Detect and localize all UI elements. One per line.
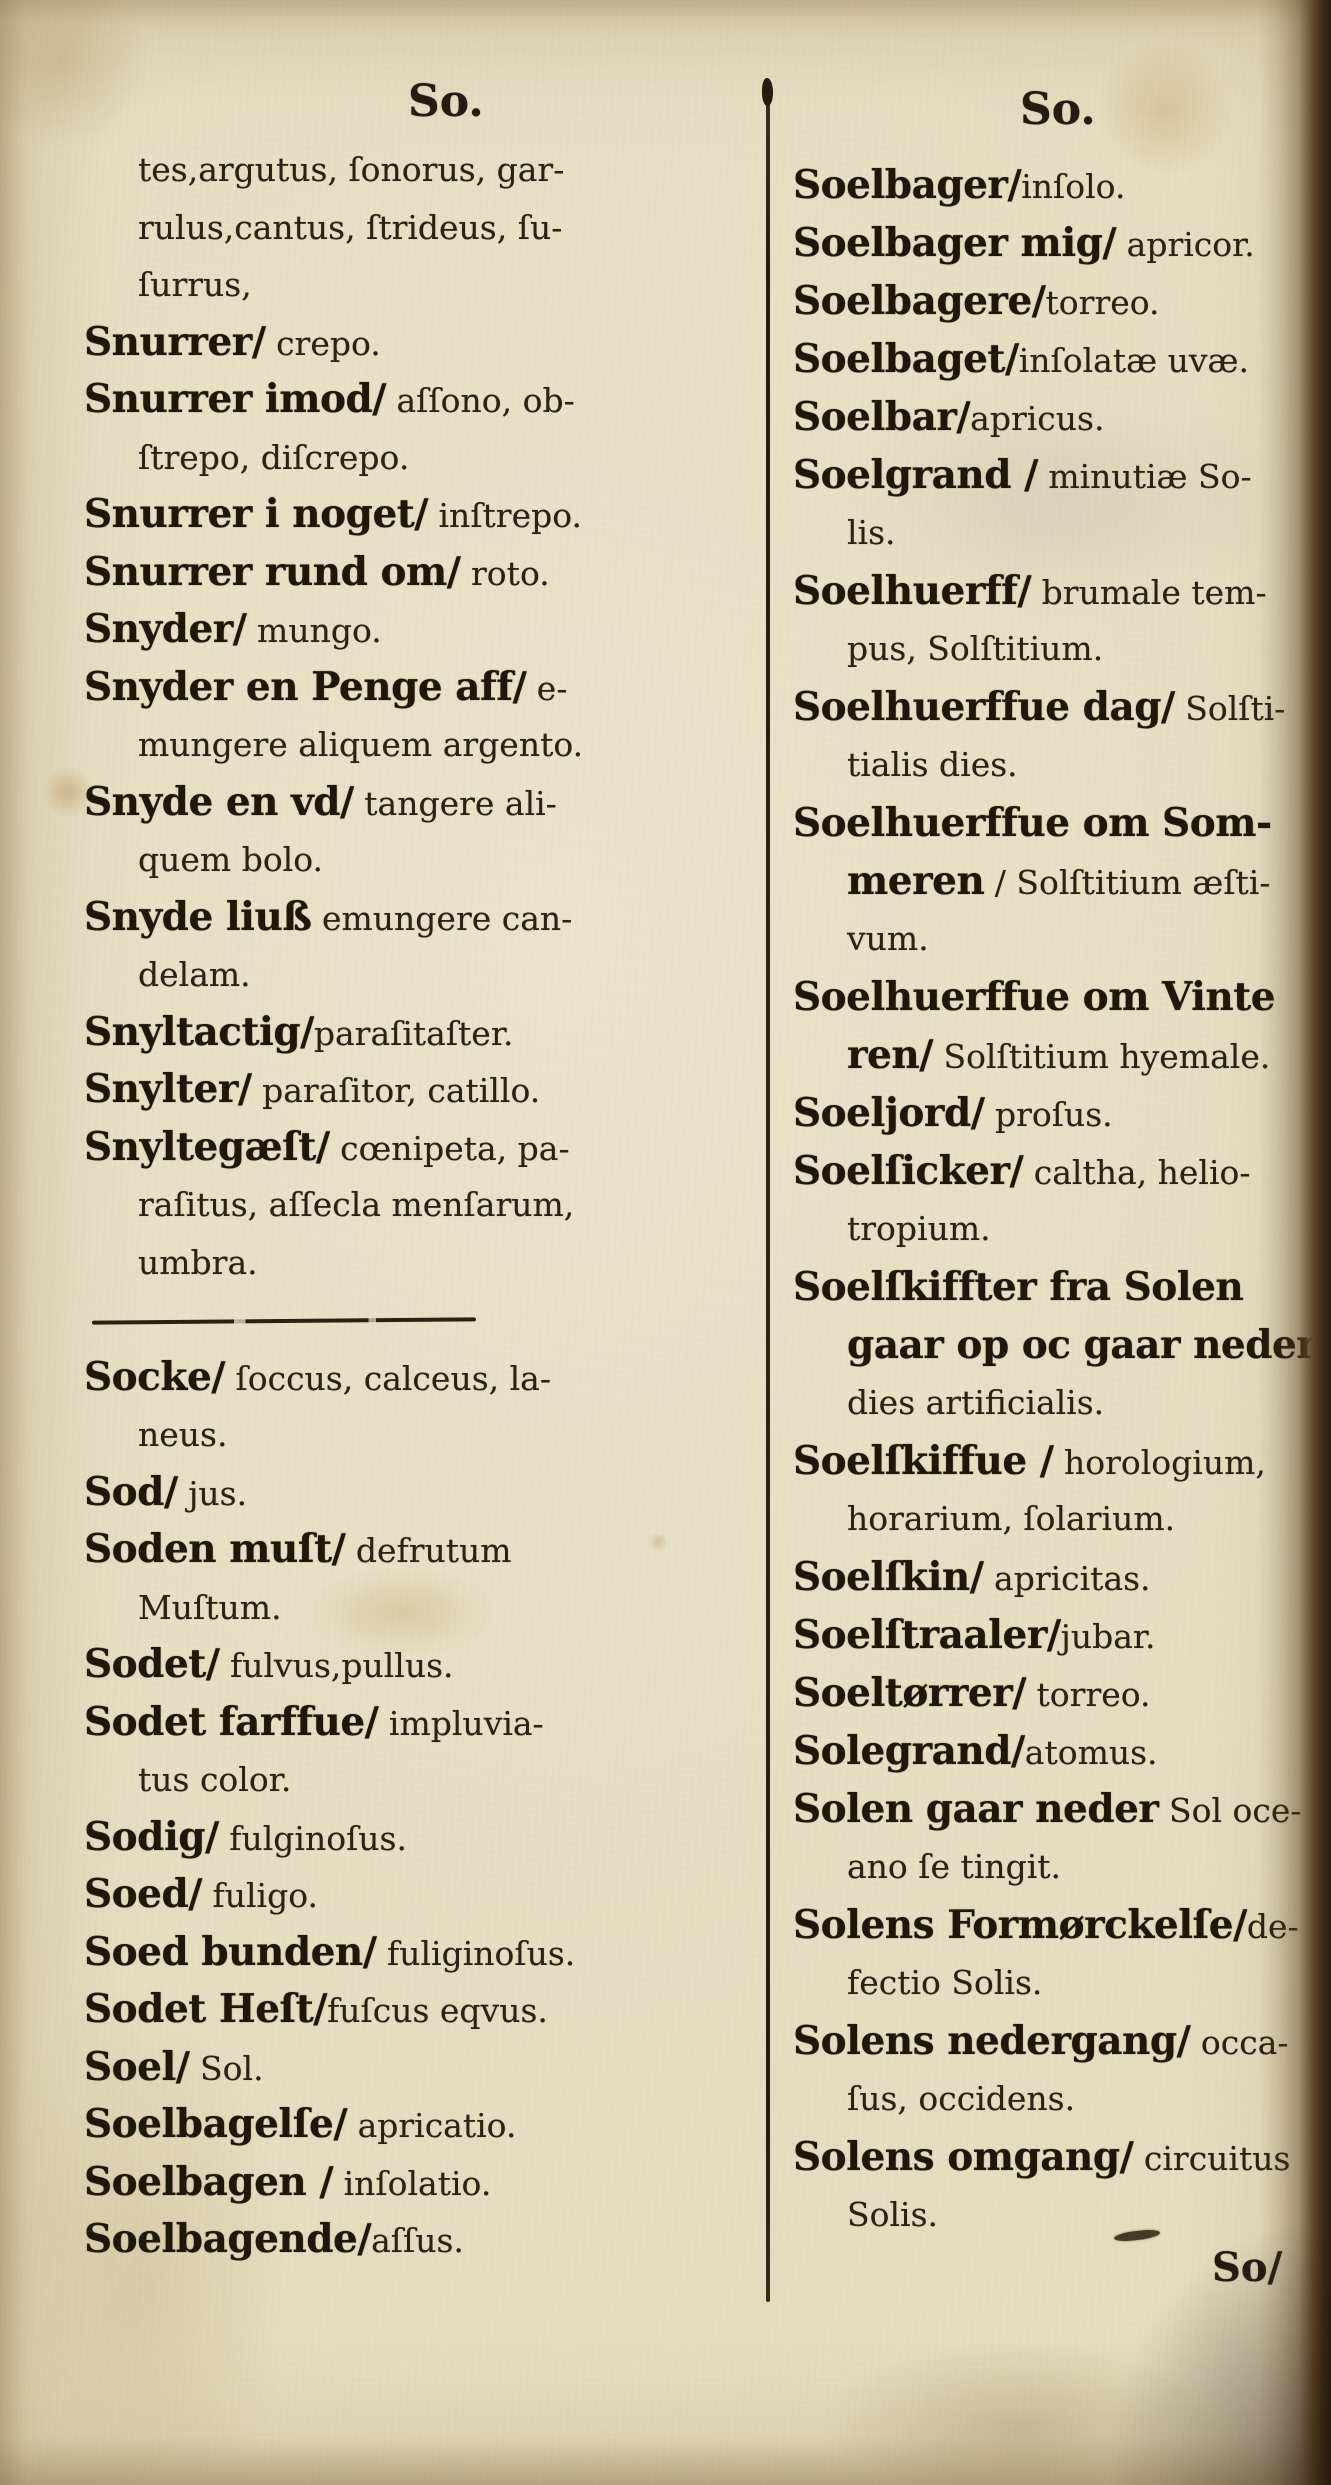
gloss-text: mungo.	[247, 611, 382, 650]
entry-line: Solegrand/atomus.	[793, 1722, 1308, 1780]
gloss-text: inſolatæ uvæ.	[1019, 341, 1249, 380]
headword-text: Snyder en Penge aff/	[84, 664, 526, 710]
dictionary-entry: Snurrer/ crepo.	[84, 314, 484, 372]
entry-line: Snyde liuß emungere can-	[84, 889, 484, 947]
gloss-text: proſus.	[985, 1095, 1113, 1134]
entry-line: Snyder/ mungo.	[84, 601, 484, 659]
catchword: So/	[1212, 2244, 1282, 2291]
gloss-text: Solis.	[847, 2195, 938, 2234]
entry-line: Snyde en vd/ tangere ali-	[84, 774, 484, 832]
headword-text: Soelbager/	[793, 162, 1021, 208]
gloss-text: ſurrus,	[138, 265, 252, 304]
entry-line: Soelſkiffue / horologium,	[793, 1432, 1308, 1490]
entry-line: horarium, ſolarium.	[793, 1490, 1308, 1548]
gloss-text: fulvus,pullus.	[220, 1646, 454, 1685]
entry-line: ſurrus,	[84, 256, 484, 314]
dictionary-entry: Soeltørrer/ torreo.	[793, 1664, 1308, 1722]
headword-text: Snyde en vd/	[84, 779, 354, 825]
headword-text: Snyder/	[84, 606, 247, 652]
dictionary-entry: Soelbagelſe/ apricatio.	[84, 2096, 484, 2154]
gloss-text: inſolo.	[1021, 167, 1125, 206]
headword-text: ren/	[847, 1032, 933, 1078]
dictionary-entry: Sodig/ fulginoſus.	[84, 1809, 484, 1867]
entry-line: tialis dies.	[793, 736, 1308, 794]
entry-line: Soden muſt/ defrutum	[84, 1521, 484, 1579]
headword-text: Solens Formørckelſe/	[793, 1902, 1247, 1948]
gloss-text: aſſono, ob-	[386, 381, 575, 420]
headword-text: Snurrer imod/	[84, 376, 386, 422]
headword-text: gaar op oc gaar neder/	[847, 1322, 1330, 1368]
dictionary-entry: Sodet/ fulvus,pullus.	[84, 1636, 484, 1694]
entry-line: gaar op oc gaar neder/	[793, 1316, 1308, 1374]
entry-line: Soel/ Sol.	[84, 2039, 484, 2097]
dictionary-entry: Sodet farffue/ impluvia-tus color.	[84, 1694, 484, 1809]
headword-text: Snylter/	[84, 1066, 252, 1112]
headword-text: Soelſkiffue /	[793, 1438, 1053, 1484]
entry-line: Solens Formørckelſe/de-	[793, 1896, 1308, 1954]
gloss-text: fulginoſus.	[219, 1819, 407, 1858]
gloss-text: ſus, occidens.	[847, 2079, 1075, 2118]
headword-text: Soelbagen /	[84, 2159, 333, 2205]
running-head-left: So.	[408, 76, 484, 127]
dictionary-entry: Solen gaar neder Sol oce-ano ſe tingit.	[793, 1780, 1308, 1896]
gloss-text: jubar.	[1061, 1617, 1156, 1656]
entry-line: Sodet/ fulvus,pullus.	[84, 1636, 484, 1694]
dictionary-entry: Snyde liuß emungere can-delam.	[84, 889, 484, 1004]
gloss-text: aſſus.	[371, 2221, 464, 2260]
dictionary-entry: Soelhuerffue om Som-meren / Solſtitium æ…	[793, 794, 1308, 968]
gloss-text: vum.	[847, 919, 929, 958]
right-column: Soelbager/inſolo.Soelbager mig/ apricor.…	[793, 156, 1308, 2244]
gloss-text: Sol.	[190, 2049, 264, 2088]
headword-text: Snurrer rund om/	[84, 549, 461, 595]
book-page: So. So. tes,argutus, ſonorus, gar-rulus,…	[0, 0, 1331, 2485]
entry-line: Soelhuerff/ brumale tem-	[793, 562, 1308, 620]
gloss-text: ſtrepo, diſcrepo.	[138, 438, 409, 477]
entry-line: Soelſkin/ apricitas.	[793, 1548, 1308, 1606]
headword-text: Soelbagende/	[84, 2216, 371, 2262]
gloss-text: rulus,cantus, ſtrideus, ſu-	[138, 208, 562, 247]
entry-line: meren / Solſtitium æſti-	[793, 852, 1308, 910]
dictionary-entry: Snyder en Penge aff/ e-mungere aliquem a…	[84, 659, 484, 774]
gloss-text: fuſcus eqvus.	[327, 1991, 548, 2030]
dictionary-entry: Soelhuerff/ brumale tem-pus, Solſtitium.	[793, 562, 1308, 678]
headword-text: Soelbaget/	[793, 336, 1019, 382]
headword-text: Snyltegæſt/	[84, 1124, 330, 1170]
gloss-text: delam.	[138, 955, 251, 994]
dictionary-entry: Sod/ jus.	[84, 1464, 484, 1522]
dictionary-entry: Soden muſt/ defrutumMuſtum.	[84, 1521, 484, 1636]
headword-text: Soed/	[84, 1871, 202, 1917]
gloss-text: ano ſe tingit.	[847, 1847, 1061, 1886]
entry-line: Snyltactig/paraſitaſter.	[84, 1004, 484, 1062]
gloss-text: atomus.	[1025, 1733, 1158, 1772]
gloss-text: torreo.	[1026, 1675, 1150, 1714]
entry-line: raſitus, aſſecla menſarum,	[84, 1176, 484, 1234]
dictionary-entry: Sodet Heſt/fuſcus eqvus.	[84, 1981, 484, 2039]
entry-line: Sod/ jus.	[84, 1464, 484, 1522]
dictionary-entry: Soelbaget/inſolatæ uvæ.	[793, 330, 1308, 388]
entry-line: Muſtum.	[84, 1579, 484, 1637]
entry-line: tropium.	[793, 1200, 1308, 1258]
gloss-text: tropium.	[847, 1209, 991, 1248]
entry-line: Soelſtraaler/jubar.	[793, 1606, 1308, 1664]
gloss-text: apricatio.	[347, 2106, 516, 2145]
gloss-text: inſtrepo.	[428, 496, 582, 535]
entry-line: Soelſkiffter fra Solen	[793, 1258, 1308, 1316]
bottom-edge-shadow	[0, 2437, 1331, 2485]
dictionary-entry: tes,argutus, ſonorus, gar-rulus,cantus, …	[84, 141, 484, 314]
entry-line: Soelbaget/inſolatæ uvæ.	[793, 330, 1308, 388]
dictionary-entry: Snurrer rund om/ roto.	[84, 544, 484, 602]
gloss-text: pus, Solſtitium.	[847, 629, 1103, 668]
headword-text: Snyde liuß	[84, 894, 311, 940]
entry-line: Soelhuerffue om Som-	[793, 794, 1308, 852]
gloss-text: tus color.	[138, 1760, 291, 1799]
gloss-text: inſolatio.	[333, 2164, 491, 2203]
dictionary-entry: Soelbager/inſolo.	[793, 156, 1308, 214]
headword-text: Sod/	[84, 1469, 178, 1515]
gloss-text: dies artificialis.	[847, 1383, 1104, 1422]
dictionary-entry: Solens omgang/ circuitusSolis.	[793, 2128, 1308, 2244]
entry-line: ano ſe tingit.	[793, 1838, 1308, 1896]
headword-text: Soeltørrer/	[793, 1670, 1026, 1716]
entry-line: Sodig/ fulginoſus.	[84, 1809, 484, 1867]
entry-line: Socke/ ſoccus, calceus, la-	[84, 1349, 484, 1407]
entry-line: Solens nedergang/ occa-	[793, 2012, 1308, 2070]
headword-text: Soed bunden/	[84, 1929, 377, 1975]
entry-line: tus color.	[84, 1751, 484, 1809]
dictionary-entry: Soel/ Sol.	[84, 2039, 484, 2097]
entry-line: ſtrepo, diſcrepo.	[84, 429, 484, 487]
headword-text: Soelſtraaler/	[793, 1612, 1061, 1658]
dictionary-entry: Snyder/ mungo.	[84, 601, 484, 659]
gloss-text: mungere aliquem argento.	[138, 725, 583, 764]
entry-line: Soelbar/apricus.	[793, 388, 1308, 446]
headword-text: Snurrer i noget/	[84, 491, 428, 537]
dictionary-entry: Soelbagen / inſolatio.	[84, 2154, 484, 2212]
headword-text: Sodet Heſt/	[84, 1986, 327, 2032]
entry-line: Soed/ fuligo.	[84, 1866, 484, 1924]
entry-line: Snurrer i noget/ inſtrepo.	[84, 486, 484, 544]
entry-line: Soelbagende/aſſus.	[84, 2211, 484, 2269]
gloss-text: horologium,	[1053, 1443, 1265, 1482]
entry-line: mungere aliquem argento.	[84, 716, 484, 774]
dictionary-entry: Soelſkin/ apricitas.	[793, 1548, 1308, 1606]
gloss-text: Sol oce-	[1158, 1791, 1301, 1830]
entry-line: neus.	[84, 1406, 484, 1464]
gloss-text: apricus.	[970, 399, 1104, 438]
dictionary-entry: Socke/ ſoccus, calceus, la-neus.	[84, 1349, 484, 1464]
headword-text: Sodet farffue/	[84, 1699, 378, 1745]
gloss-text: tes,argutus, ſonorus, gar-	[138, 150, 564, 189]
headword-text: Solen gaar neder	[793, 1786, 1158, 1832]
headword-text: Soel/	[84, 2044, 190, 2090]
gloss-text: umbra.	[138, 1243, 258, 1282]
column-divider-rule	[766, 92, 770, 2302]
headword-text: Soelbar/	[793, 394, 970, 440]
dictionary-entry: Snyltegæſt/ cœnipeta, pa-raſitus, aſſecl…	[84, 1119, 484, 1292]
gloss-text: fuliginoſus.	[377, 1934, 576, 1973]
entry-line: quem bolo.	[84, 831, 484, 889]
headword-text: Snurrer/	[84, 319, 266, 365]
gloss-text: apricitas.	[984, 1559, 1151, 1598]
gloss-text: impluvia-	[378, 1704, 543, 1743]
entry-line: Soelbagelſe/ apricatio.	[84, 2096, 484, 2154]
entry-line: umbra.	[84, 1234, 484, 1292]
gloss-text: Muſtum.	[138, 1588, 282, 1627]
dictionary-entry: Solens Formørckelſe/de-fectio Solis.	[793, 1896, 1308, 2012]
entry-line: vum.	[793, 910, 1308, 968]
dictionary-entry: Snylter/ paraſitor, catillo.	[84, 1061, 484, 1119]
gloss-text: emungere can-	[311, 899, 572, 938]
entry-line: Snyder en Penge aff/ e-	[84, 659, 484, 717]
headword-text: Soelbager mig/	[793, 220, 1116, 266]
dictionary-entry: Solegrand/atomus.	[793, 1722, 1308, 1780]
entry-line: pus, Solſtitium.	[793, 620, 1308, 678]
gloss-text: Solſti-	[1175, 689, 1286, 728]
dictionary-entry: Soelbager mig/ apricor.	[793, 214, 1308, 272]
entry-line: Soelhuerffue dag/ Solſti-	[793, 678, 1308, 736]
left-edge-shadow	[0, 0, 26, 2485]
gloss-text: e-	[526, 669, 567, 708]
gloss-text: crepo.	[266, 324, 381, 363]
entry-line: Snurrer/ crepo.	[84, 314, 484, 372]
entry-line: Soeljord/ proſus.	[793, 1084, 1308, 1142]
headword-text: Soelſkin/	[793, 1554, 984, 1600]
entry-line: ren/ Solſtitium hyemale.	[793, 1026, 1308, 1084]
gloss-text: apricor.	[1116, 225, 1255, 264]
headword-text: Sodig/	[84, 1814, 219, 1860]
headword-text: Soelſkiffter fra Solen	[793, 1264, 1243, 1310]
entry-line: Soelbagere/torreo.	[793, 272, 1308, 330]
gloss-text: ſoccus, calceus, la-	[225, 1359, 551, 1398]
headword-text: Soelhuerffue om Vinte	[793, 974, 1275, 1020]
gloss-text: occa-	[1190, 2023, 1288, 2062]
headword-text: meren	[847, 858, 984, 904]
dictionary-entry: Soelbagende/aſſus.	[84, 2211, 484, 2269]
dictionary-entry: Snyde en vd/ tangere ali-quem bolo.	[84, 774, 484, 889]
entry-line: dies artificialis.	[793, 1374, 1308, 1432]
entry-line: Soelhuerffue om Vinte	[793, 968, 1308, 1026]
entry-line: Soelſicker/ caltha, helio-	[793, 1142, 1308, 1200]
headword-text: Solens omgang/	[793, 2134, 1133, 2180]
dictionary-entry: Snurrer imod/ aſſono, ob-ſtrepo, diſcrep…	[84, 371, 484, 486]
running-head-right: So.	[1020, 84, 1096, 135]
dictionary-entry: Soelgrand / minutiæ So-lis.	[793, 446, 1308, 562]
headword-text: Soelgrand /	[793, 452, 1038, 498]
entry-line: Sodet farffue/ impluvia-	[84, 1694, 484, 1752]
gloss-text: cœnipeta, pa-	[330, 1129, 570, 1168]
gloss-text: lis.	[847, 513, 896, 552]
dictionary-entry: Soelſkiffter fra Solengaar op oc gaar ne…	[793, 1258, 1308, 1432]
entry-line: rulus,cantus, ſtrideus, ſu-	[84, 199, 484, 257]
gloss-text: Solſtitium hyemale.	[933, 1037, 1270, 1076]
dictionary-entry: Soelhuerffue dag/ Solſti-tialis dies.	[793, 678, 1308, 794]
gloss-text: de-	[1247, 1907, 1299, 1946]
gloss-text: roto.	[461, 554, 550, 593]
gloss-text: circuitus	[1133, 2139, 1290, 2178]
entry-line: ſus, occidens.	[793, 2070, 1308, 2128]
entry-line: Soelbager mig/ apricor.	[793, 214, 1308, 272]
entry-line: Sodet Heſt/fuſcus eqvus.	[84, 1981, 484, 2039]
left-column: tes,argutus, ſonorus, gar-rulus,cantus, …	[84, 141, 484, 2269]
top-edge-shadow	[0, 0, 1331, 22]
entry-line: delam.	[84, 946, 484, 1004]
entry-line: Solens omgang/ circuitus	[793, 2128, 1308, 2186]
dictionary-entry: Solens nedergang/ occa-ſus, occidens.	[793, 2012, 1308, 2128]
entry-line: Snyltegæſt/ cœnipeta, pa-	[84, 1119, 484, 1177]
gloss-text: defrutum	[345, 1531, 511, 1570]
gloss-text: neus.	[138, 1415, 227, 1454]
gloss-text: paraſitaſter.	[314, 1014, 514, 1053]
entry-line: Snurrer imod/ aſſono, ob-	[84, 371, 484, 429]
gloss-text: tialis dies.	[847, 745, 1018, 784]
entry-line: Snylter/ paraſitor, catillo.	[84, 1061, 484, 1119]
dictionary-entry: Soeljord/ proſus.	[793, 1084, 1308, 1142]
entry-line: lis.	[793, 504, 1308, 562]
dictionary-entry: Soelſtraaler/jubar.	[793, 1606, 1308, 1664]
entry-line: Soeltørrer/ torreo.	[793, 1664, 1308, 1722]
headword-text: Soelhuerff/	[793, 568, 1031, 614]
gloss-text: quem bolo.	[138, 840, 323, 879]
entry-line: Soelbagen / inſolatio.	[84, 2154, 484, 2212]
entry-line: fectio Solis.	[793, 1954, 1308, 2012]
dictionary-entry: Snurrer i noget/ inſtrepo.	[84, 486, 484, 544]
gloss-text: tangere ali-	[354, 784, 557, 823]
headword-text: Soelſicker/	[793, 1148, 1023, 1194]
entry-line: Soed bunden/ fuliginoſus.	[84, 1924, 484, 1982]
entry-line: Solen gaar neder Sol oce-	[793, 1780, 1308, 1838]
gloss-text: fectio Solis.	[847, 1963, 1042, 2002]
headword-text: Soelbagere/	[793, 278, 1046, 324]
headword-text: Soelbagelſe/	[84, 2101, 347, 2147]
gloss-text: torreo.	[1046, 283, 1160, 322]
headword-text: Sodet/	[84, 1641, 220, 1687]
dictionary-entry: Soelſkiffue / horologium,horarium, ſolar…	[793, 1432, 1308, 1548]
headword-text: Solegrand/	[793, 1728, 1025, 1774]
headword-text: Soelhuerffue dag/	[793, 684, 1175, 730]
dictionary-entry: Soed bunden/ fuliginoſus.	[84, 1924, 484, 1982]
gloss-text: jus.	[178, 1474, 247, 1513]
headword-text: Socke/	[84, 1354, 225, 1400]
dictionary-entry: Soelſicker/ caltha, helio-tropium.	[793, 1142, 1308, 1258]
gloss-text: minutiæ So-	[1038, 457, 1252, 496]
dictionary-entry: Snyltactig/paraſitaſter.	[84, 1004, 484, 1062]
section-divider-rule	[84, 1291, 484, 1349]
entry-line: Snurrer rund om/ roto.	[84, 544, 484, 602]
gloss-text: raſitus, aſſecla menſarum,	[138, 1185, 574, 1224]
entry-line: Solis.	[793, 2186, 1308, 2244]
headword-text: Soeljord/	[793, 1090, 985, 1136]
dictionary-entry: Soed/ fuligo.	[84, 1866, 484, 1924]
gloss-text: fuligo.	[202, 1876, 318, 1915]
dictionary-entry: Soelhuerffue om Vinteren/ Solſtitium hye…	[793, 968, 1308, 1084]
entry-line: Soelbager/inſolo.	[793, 156, 1308, 214]
dictionary-entry: Soelbar/apricus.	[793, 388, 1308, 446]
gloss-text: / Solſtitium æſti-	[984, 863, 1270, 902]
headword-text: Solens nedergang/	[793, 2018, 1190, 2064]
headword-text: Snyltactig/	[84, 1009, 314, 1055]
gloss-text: brumale tem-	[1031, 573, 1266, 612]
gloss-text: horarium, ſolarium.	[847, 1499, 1175, 1538]
gloss-text: caltha, helio-	[1023, 1153, 1250, 1192]
headword-text: Soelhuerffue om Som-	[793, 800, 1272, 846]
entry-line: Soelgrand / minutiæ So-	[793, 446, 1308, 504]
gloss-text: paraſitor, catillo.	[252, 1071, 541, 1110]
dictionary-entry: Soelbagere/torreo.	[793, 272, 1308, 330]
entry-line: tes,argutus, ſonorus, gar-	[84, 141, 484, 199]
headword-text: Soden muſt/	[84, 1526, 345, 1572]
